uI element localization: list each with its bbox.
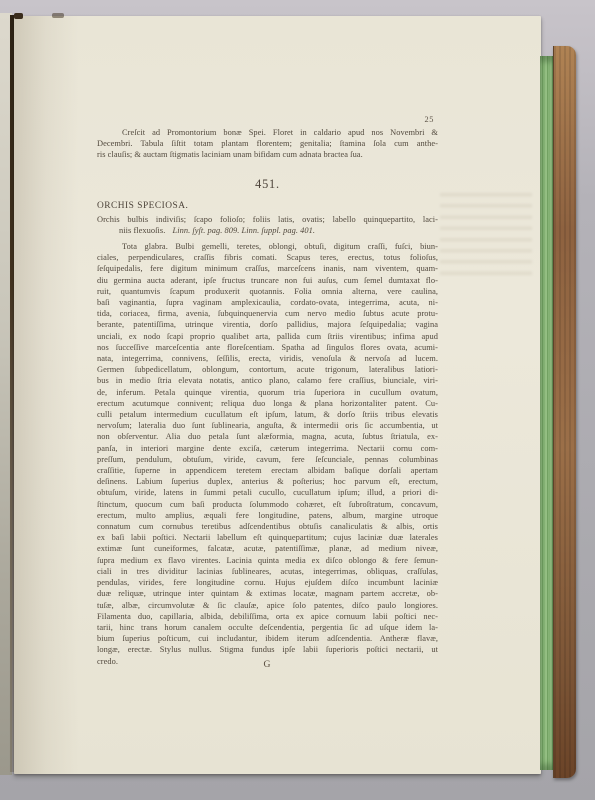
- text-line: ſtinctum, quocum cum baſi producta ſolum…: [97, 499, 438, 510]
- species-heading: ORCHIS SPECIOSA.: [97, 201, 438, 212]
- linnaeus-citation: Linn. ſyſt. pag. 809. Linn. ſuppl. pag. …: [173, 226, 316, 235]
- text-line: berante, patentiſſima, utrinque virentia…: [97, 319, 438, 330]
- page-number: 25: [97, 114, 438, 125]
- diagnosis-line: niis flexuoſis. Linn. ſyſt. pag. 809. Li…: [97, 225, 438, 236]
- text-line: Filamenta duo, capillaria, albida, debil…: [97, 611, 438, 622]
- binding-notch: [52, 13, 64, 18]
- fore-edge-green: [540, 56, 554, 770]
- text-line: erectum, multo amplius, æquali fere long…: [97, 510, 438, 521]
- text-line: ris clauſis; & auctam ſtigmatis laciniam…: [97, 149, 438, 160]
- text-line: ſeſquipedalis, fere digitum minimum craſ…: [97, 263, 438, 274]
- species-diagnosis: Orchis bulbis indiviſis; ſcapo folioſo; …: [97, 214, 438, 236]
- text-line: baſi vaginantia, ſupra vaginam amplexica…: [97, 297, 438, 308]
- text-line: Decembri. Tabula ſiſtit totam plantam fl…: [97, 138, 438, 149]
- text-line: Germen ſubpedicellatum, oblongum, contor…: [97, 364, 438, 375]
- text-line: nata, integerrima, connivens, ſeſſilis, …: [97, 353, 438, 364]
- book-cover-edge: [553, 46, 576, 778]
- text-line: ruit, quantumvis ſcapum produxerit quota…: [97, 286, 438, 297]
- text-line: ſupra medium ex flavo virentes. Lacinia …: [97, 555, 438, 566]
- text-line: erectum acutumque connivent; reliqua duo…: [97, 398, 438, 409]
- text-line: tarii, hinc trans horum canalem occulte …: [97, 622, 438, 633]
- text-line: extimæ ſunt cuneiformes, falcatæ, acutæ,…: [97, 543, 438, 554]
- text-line: pendulas, virides, fere longitudine corn…: [97, 577, 438, 588]
- show-through-text: [440, 193, 532, 279]
- binding-notch: [14, 13, 23, 19]
- text-line: tida, coriacea, firma, avenia, ſubquinqu…: [97, 308, 438, 319]
- species-description: Tota glabra. Bulbi gemelli, teretes, obl…: [97, 241, 438, 667]
- text-line: nervoſum; lateralia duo ſunt ſublinearia…: [97, 420, 438, 431]
- text-line: diu germina aucta aderant, ipſe fructus …: [97, 275, 438, 286]
- text-line: bium ſuperius poſticum, cui includantur,…: [97, 633, 438, 644]
- text-line: connatum cum cornubus teretibus adſcende…: [97, 521, 438, 532]
- diagnosis-text: niis flexuoſis.: [119, 226, 165, 235]
- signature-mark: G: [97, 659, 438, 670]
- text-line: ciales, perpendiculares, craſſis fibris …: [97, 252, 438, 263]
- text-line: bus in medio ſtria elevata notatis, anti…: [97, 375, 438, 386]
- text-line: duæ reliquæ, utrinque inter quintam & ex…: [97, 588, 438, 599]
- text-line: longæ, erectæ. Stylus nullus. Stigma fun…: [97, 644, 438, 655]
- text-line: Creſcit ad Promontorium bonæ Spei. Flore…: [97, 127, 438, 138]
- text-line: unciali, ex nodo ſcapi proprio qualibet …: [97, 331, 438, 342]
- diagnosis-line: Orchis bulbis indiviſis; ſcapo folioſo; …: [97, 214, 438, 225]
- text-line: panſa, in interiori margine dente exciſa…: [97, 443, 438, 454]
- text-line: deſinens. Labium ſuperius duplex, anteri…: [97, 476, 438, 487]
- book-scan: 25 Creſcit ad Promontorium bonæ Spei. Fl…: [0, 0, 595, 800]
- entry-number: 451.: [97, 179, 438, 190]
- previous-entry-text: Creſcit ad Promontorium bonæ Spei. Flore…: [97, 127, 438, 161]
- text-line: tuſæ, albæ, circumvolutæ & ſic clauſæ, a…: [97, 600, 438, 611]
- text-line: Tota glabra. Bulbi gemelli, teretes, obl…: [97, 241, 438, 252]
- text-line: preſſum, pendulum, obtuſum, viride, cavu…: [97, 454, 438, 465]
- text-line: culli petalum intermedium cucullatum eſt…: [97, 409, 438, 420]
- text-line: non obſerventur. Alia duo petala ſunt al…: [97, 431, 438, 442]
- text-line: de, inferum. Petala quinque virentia, qu…: [97, 387, 438, 398]
- text-line: obtuſum, viride, latens in ſummi petali …: [97, 487, 438, 498]
- text-line: ex baſi labii poſtici. Nectarii labellum…: [97, 532, 438, 543]
- text-line: ciali in tres dividitur lacinias ſubline…: [97, 566, 438, 577]
- text-line: nos ſucceſſive marceſcentia ante floreſc…: [97, 342, 438, 353]
- text-line: craſſitie, ſuperne in appendicem teretem…: [97, 465, 438, 476]
